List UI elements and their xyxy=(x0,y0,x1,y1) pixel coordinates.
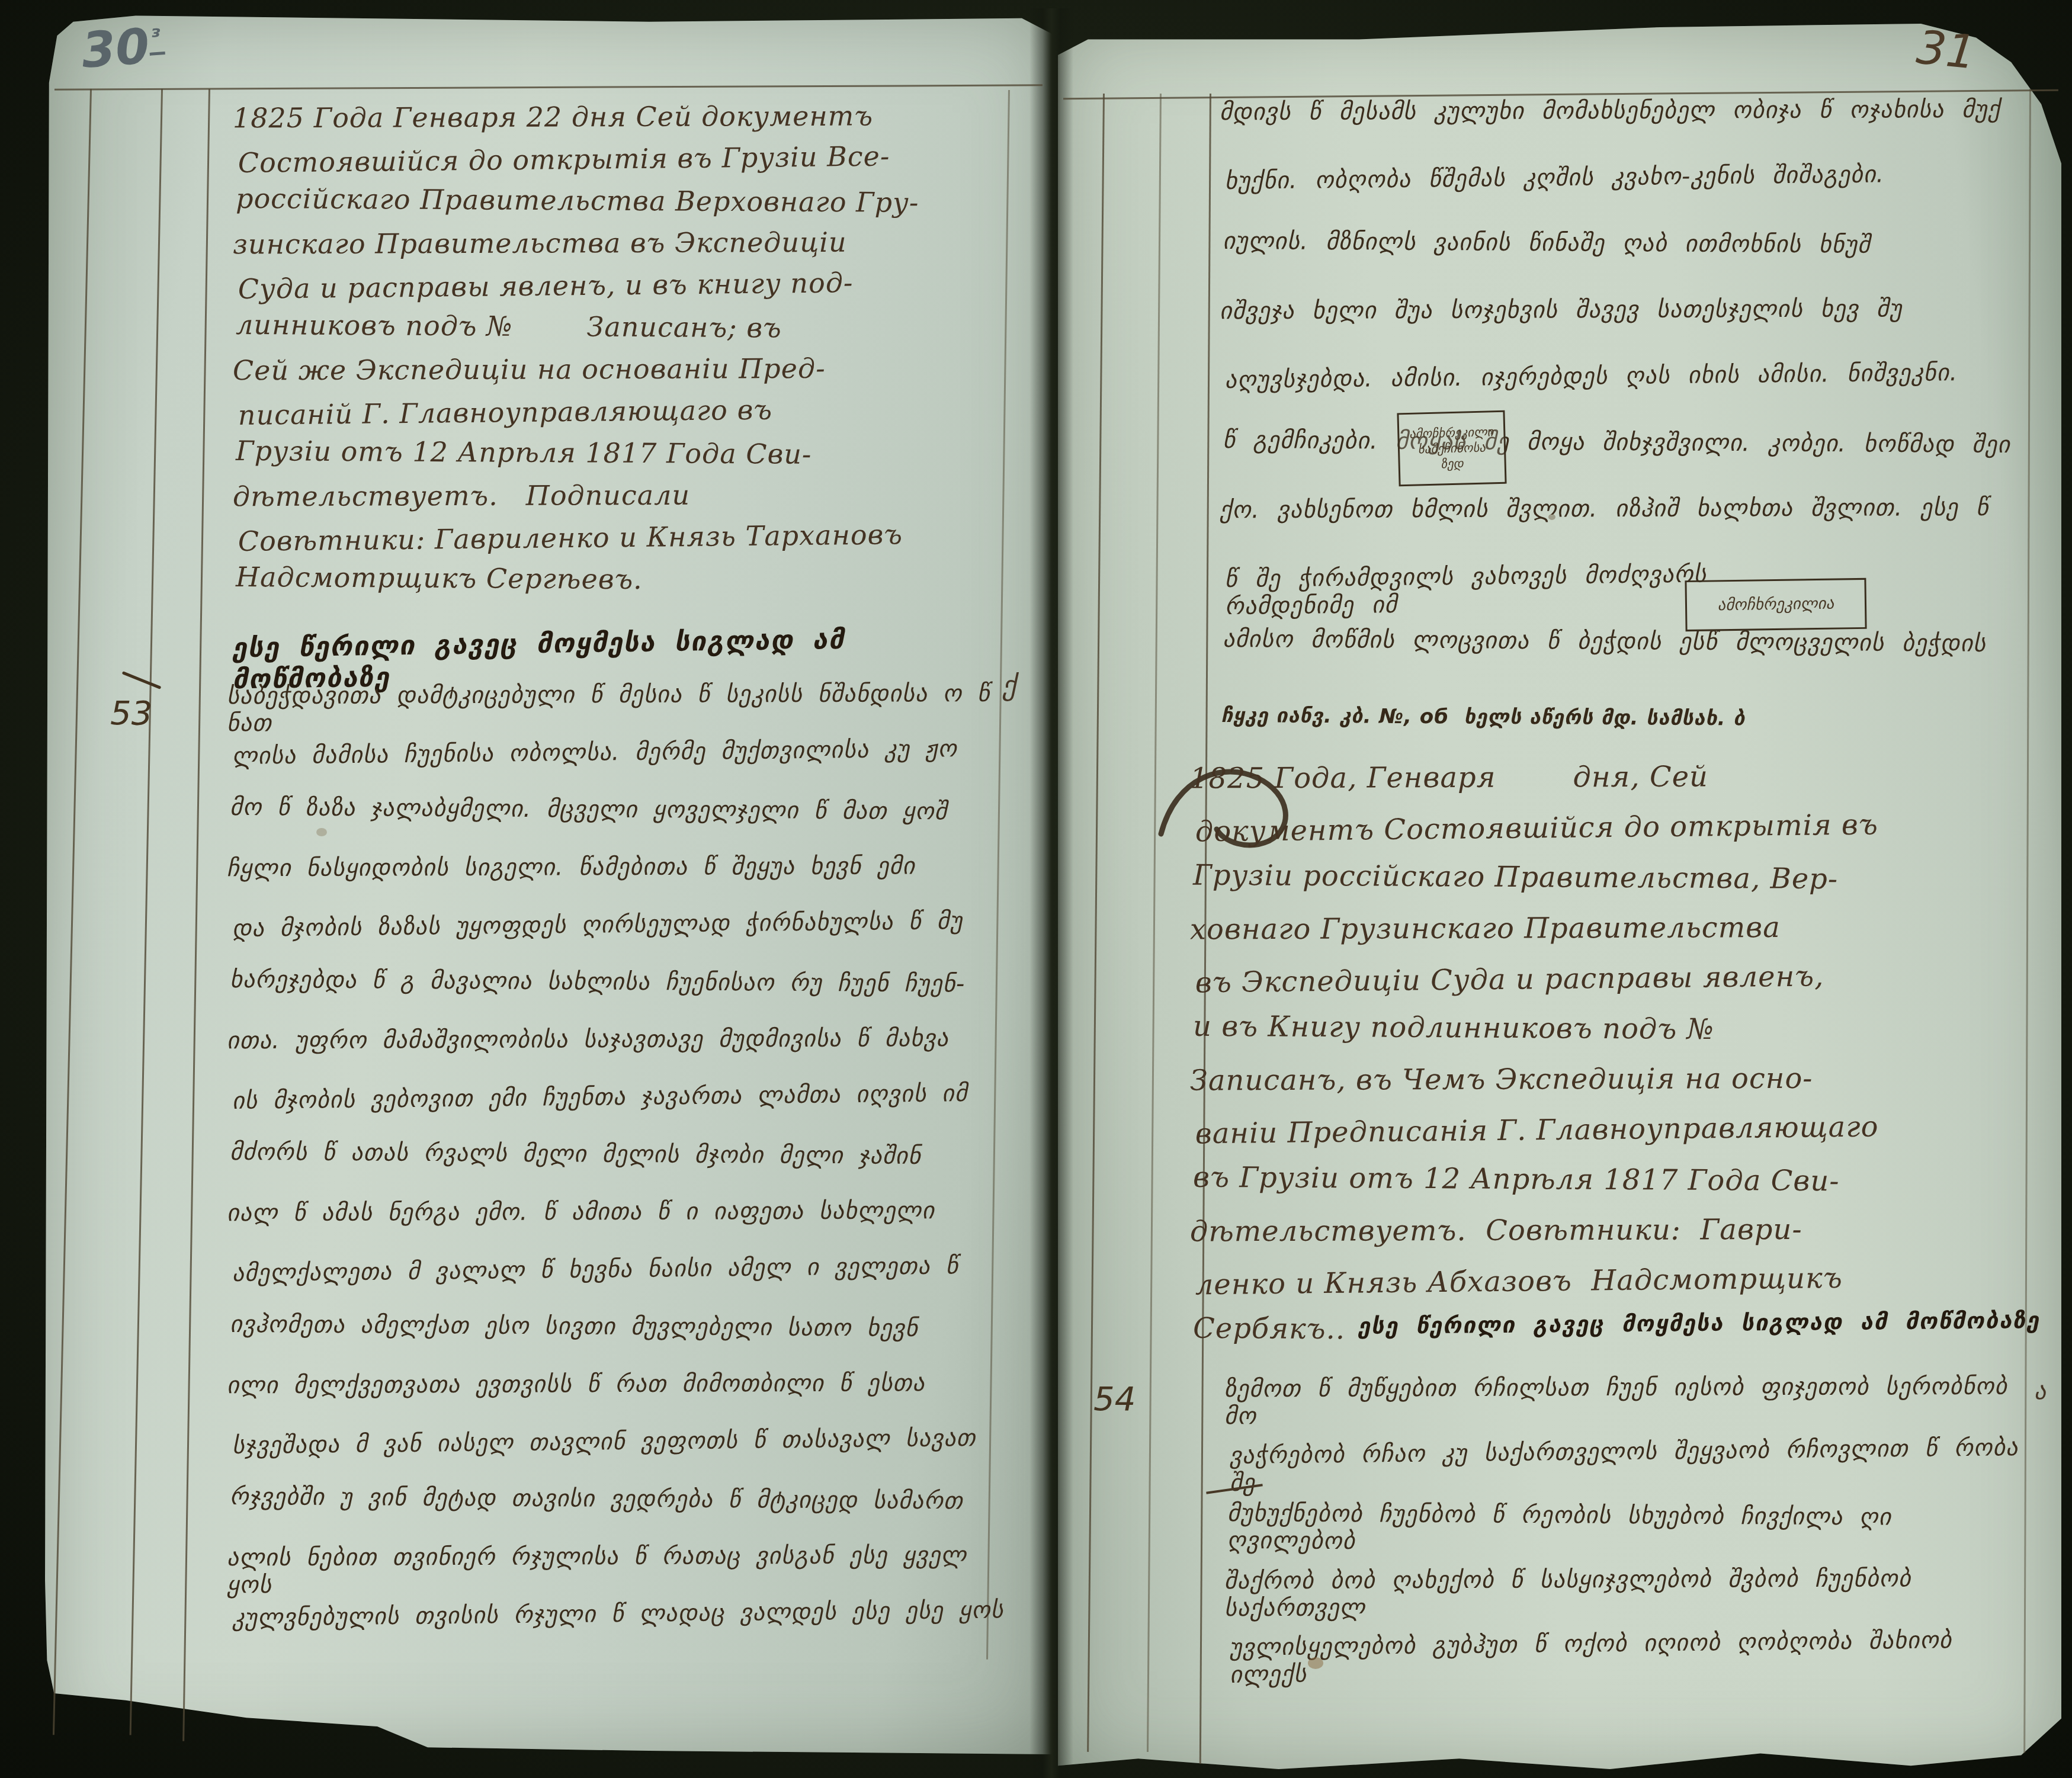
entry-line: წ გემჩიკები. მოყას შე მოყა შიხჯვშვილი. კ… xyxy=(1223,426,2020,498)
entry-line: ის მჯობის ვებოვით ემი ჩუენთა ჯავართა ლამ… xyxy=(232,1079,1032,1145)
entry-line: ლისა მამისა ჩუენისა ობოლსა. მერმე მუქთვი… xyxy=(232,734,1032,800)
attestation-line: Записанъ, въ Чемъ Экспедиція на осно- xyxy=(1190,1061,2031,1115)
stamp-note-box: ამოჩხრეკილისამეჩინოსაზედ xyxy=(1397,410,1506,487)
stamp-note-line: ამოჩხრეკილი xyxy=(1409,424,1494,442)
attestation-line: Грузіи отъ 12 Апрѣля 1817 Года Сви- xyxy=(236,435,1032,482)
stamp-note-inline-box: ამოჩხრეკილია xyxy=(1685,578,1866,631)
paper-stain xyxy=(316,828,327,836)
entry-line: ხარეჯებდა წ გ მავალია სახლისა ჩუენისაო რ… xyxy=(230,966,1030,1028)
folio-number-right: 31 xyxy=(1914,21,1978,80)
attestation-line: зинскаго Правительства въ Экспедиціи xyxy=(233,226,1029,271)
entry-line: და მჯობის ზაზას უყოფდეს ღირსეულად ჭირნახ… xyxy=(232,907,1032,973)
attestation-line: документъ Состоявшійся до открытія въ xyxy=(1195,807,2037,866)
entry-line: ილი მელქვეთვათა ევთვისს წ რათ მიმოთბილი … xyxy=(227,1369,1027,1430)
attestation-line: въ Грузіи отъ 12 Апрѣля 1817 Года Сви- xyxy=(1193,1161,2034,1217)
paper-stain xyxy=(1308,1657,1323,1669)
entry-line: მუხუქნებობ ჩუენბობ წ რეობის სხუებობ ჩივქ… xyxy=(1227,1500,2025,1568)
paper-stain xyxy=(1548,514,1555,520)
stamp-note-line: ზედ xyxy=(1441,456,1464,472)
folio-number-left: 30ᵌ xyxy=(80,17,166,79)
entry-line: სჯვეშადა მ ვან იასელ თავლინ ვეფოთს წ თას… xyxy=(232,1424,1032,1490)
entry-line: მო წ ზაზა ჯალაბყმელი. მცველი ყოველჯელი წ… xyxy=(230,794,1030,856)
attestation-line: дѣтельствуетъ. Подписали xyxy=(233,478,1029,523)
attestation-line: въ Экспедиціи Суда и расправы явленъ, xyxy=(1195,958,2037,1017)
attestation-line: ваніи Предписанія Г. Главноуправляющаго xyxy=(1195,1109,2037,1168)
entry-line: იულის. მზნილს ვაინის წინაშე ღაბ ითმოხნის… xyxy=(1223,227,2020,299)
attestation-line: ховнаго Грузинскаго Правительства xyxy=(1190,910,2031,964)
attestation-line: Совѣтники: Гавриленко и Князь Тархановъ xyxy=(238,517,1035,567)
stamp-note-word: ამოჩხრეკილია xyxy=(1717,594,1834,615)
right-entry-number: 54 xyxy=(1093,1380,1136,1418)
left-entry-number: 53 xyxy=(110,694,152,733)
entry-line: შაქრობ ბობ ღახექობ წ სასყიჯვლებობ შვბობ … xyxy=(1224,1565,2021,1632)
attestation-line: Состоявшійся до открытія въ Грузіи Все- xyxy=(238,139,1035,189)
entry-line: ამელქალეთა მ ვალალ წ ხევნა ნაისი ამელ ი … xyxy=(232,1251,1032,1317)
attestation-line: россійскаго Правительства Верховнаго Гру… xyxy=(236,182,1032,229)
entry-line: მდივს წ მესამს კულუხი მომახსენებელ ობიჯა… xyxy=(1220,96,2016,165)
right-entry-text-ka: ზემოთ წ მუწყებით რჩილსათ ჩუენ იესობ ფიჯე… xyxy=(1227,1374,2024,1694)
manuscript-scan: 30ᵌ 31 1825 Года Генваря 22 дня Сей доку… xyxy=(0,0,2072,1778)
right-entry-margin-mark: ა xyxy=(2034,1378,2046,1405)
attestation-line: Надсмотрщикъ Сергѣевъ. xyxy=(236,561,1032,608)
entry-line: ალის ნებით თვინიერ რჯულისა წ რათაც ვისგა… xyxy=(227,1542,1027,1602)
binding-gutter xyxy=(1029,8,1073,1778)
entry-line: იალ წ ამას ნერგა ემო. წ ამითა წ ი იაფეთა… xyxy=(227,1197,1027,1257)
attestation-line: Сей же Экспедиціи на основаніи Пред- xyxy=(233,352,1029,397)
entry-line: ჩყლი ნასყიდობის სიგელი. წამებითა წ შეყუა… xyxy=(227,852,1027,913)
left-entry-text-ka: საბეჭდავითა დამტკიცებული წ მესია წ სეკის… xyxy=(230,681,1029,1658)
entry-line: მძორს წ ათას რვალს მელი მელის მჯობი მელი… xyxy=(230,1138,1030,1201)
attestation-line: 1825 Года Генваря 22 дня Сей документъ xyxy=(233,100,1029,145)
right-attestation-ru: 1825 Года, Генваря дня, Сейдокументъ Сос… xyxy=(1193,760,2034,1365)
attestation-line: писаній Г. Главноуправляющаго въ xyxy=(238,391,1035,441)
entry-line: რჯვებში უ ვინ მეტად თავისი ვედრება წ მტკ… xyxy=(230,1483,1030,1545)
attestation-line: Грузіи россійскаго Правительства, Вер- xyxy=(1193,859,2034,914)
entry-line: უვლისყელებობ გუბჰუთ წ ოქობ იღიობ ღობღობა… xyxy=(1229,1626,2026,1698)
attestation-line: и въ Книгу подлинниковъ подъ № xyxy=(1193,1010,2034,1065)
left-attestation-ru: 1825 Года Генваря 22 дня Сей документъСо… xyxy=(236,101,1032,605)
entry-line: ვაჭრებობ რჩაო კუ საქართველოს შეყვაობ რჩო… xyxy=(1229,1434,2026,1506)
entry-line: წ შე ჭირამდვილს ვახოვეს მოძღვარს რამდენი… xyxy=(1224,557,2022,632)
attestation-line: Суда и расправы явленъ, и въ книгу под- xyxy=(238,265,1035,315)
entry-line: ივჰომეთა ამელქათ ესო სივთი მუვლებელი სათ… xyxy=(230,1311,1030,1373)
stamp-note-line: სამეჩინოსა xyxy=(1418,439,1486,457)
attestation-line: дѣтельствуетъ. Совѣтники: Гаври- xyxy=(1190,1212,2031,1266)
folio-mark: ᵌ xyxy=(147,20,165,56)
entry-line: იშვეჯა ხელი შუა სოჯეხვის შავევ სათესჯელი… xyxy=(1220,295,2016,364)
right-date-signature: ჩყკე იანვ. კბ. №, об ხელს აწერს მდ. სამს… xyxy=(1221,706,1991,730)
right-continuation-ka: მდივს წ მესამს კულუხი მომახსენებელ ობიჯა… xyxy=(1223,97,2019,694)
attestation-line: линниковъ подъ № Записанъ; въ xyxy=(236,309,1032,355)
entry-line: აღუვსჯებდა. ამისი. იჯერებდეს ღას იხის ამ… xyxy=(1224,358,2022,433)
entry-line: ამისო მოწმის ლოცვითა წ ბეჭდის ესწ მლოცვე… xyxy=(1223,625,2020,697)
entry-line: ქო. ვახსენოთ ხმლის შვლით. იზჰიშ ხალხთა შ… xyxy=(1220,494,2016,563)
entry-line: საბეჭდავითა დამტკიცებული წ მესია წ სეკის… xyxy=(227,680,1027,740)
entry-line: ხუქნი. ობღობა წშემას კღშის კვახო-კენის შ… xyxy=(1224,159,2022,234)
entry-line: კულვნებულის თვისის რჯული წ ლადაც ვალდეს … xyxy=(232,1596,1032,1662)
attestation-line: 1825 Года, Генваря дня, Сей xyxy=(1190,759,2031,813)
entry-line: ზემოთ წ მუწყებით რჩილსათ ჩუენ იესობ ფიჯე… xyxy=(1224,1373,2021,1440)
entry-line: ითა. უფრო მამაშვილობისა საჯავთავე მუდმივ… xyxy=(227,1025,1027,1085)
